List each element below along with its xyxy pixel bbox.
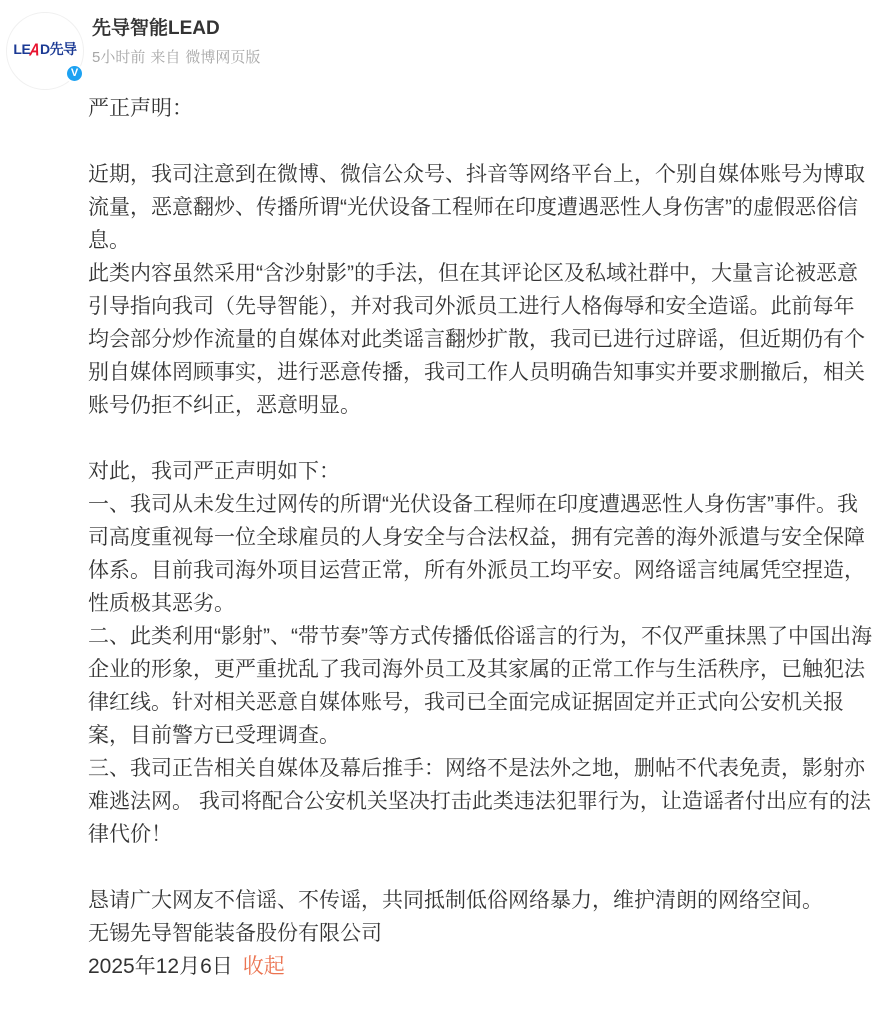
post-paragraph: 恳请广大网友不信谣、不传谣，共同抵制低俗网络暴力，维护清朗的网络空间。: [88, 884, 873, 917]
lead-logo: LEAD先导: [13, 42, 76, 56]
post-time[interactable]: 5小时前: [92, 49, 145, 66]
user-name[interactable]: 先导智能LEAD: [92, 16, 260, 42]
post-paragraph: [88, 422, 873, 455]
header-info: 先导智能LEAD 5小时前来自微博网页版: [84, 12, 260, 68]
post-paragraphs: 严正声明：近期，我司注意到在微博、微信公众号、抖音等网络平台上，个别自媒体账号为…: [88, 92, 873, 950]
post-paragraph: 一、我司从未发生过网传的所谓“光伏设备工程师在印度遭遇恶性人身伤害”事件。我司高…: [88, 488, 873, 620]
post-paragraph: [88, 851, 873, 884]
post-header: LEAD先导 V 先导智能LEAD 5小时前来自微博网页版: [0, 12, 879, 90]
post-paragraph: 对此，我司严正声明如下：: [88, 455, 873, 488]
post-paragraph: 此类内容虽然采用“含沙射影”的手法，但在其评论区及私域社群中，大量言论被恶意引导…: [88, 257, 873, 422]
post-date: 2025年12月6日: [88, 955, 233, 978]
post-paragraph: 无锡先导智能装备股份有限公司: [88, 917, 873, 950]
avatar[interactable]: LEAD先导 V: [6, 12, 84, 90]
verified-badge-icon: V: [65, 64, 84, 83]
post-paragraph: [88, 125, 873, 158]
post-source[interactable]: 微博网页版: [185, 49, 260, 66]
collapse-link[interactable]: 收起: [243, 955, 285, 978]
post-paragraph: 三、我司正告相关自媒体及幕后推手：网络不是法外之地，删帖不代表免责，影射亦难逃法…: [88, 752, 873, 851]
logo-text-cn: 先导: [50, 41, 77, 57]
post-footer-line: 2025年12月6日收起: [88, 950, 873, 983]
post-from-label: 来自: [150, 49, 180, 66]
post-content: 严正声明：近期，我司注意到在微博、微信公众号、抖音等网络平台上，个别自媒体账号为…: [88, 92, 873, 983]
post-paragraph: 近期，我司注意到在微博、微信公众号、抖音等网络平台上，个别自媒体账号为博取流量，…: [88, 158, 873, 257]
post-paragraph: 严正声明：: [88, 92, 873, 125]
weibo-post: LEAD先导 V 先导智能LEAD 5小时前来自微博网页版 严正声明：近期，我司…: [0, 0, 879, 1010]
post-meta: 5小时前来自微博网页版: [92, 48, 260, 68]
post-paragraph: 二、此类利用“影射”、“带节奏”等方式传播低俗谣言的行为，不仅严重抹黑了中国出海…: [88, 620, 873, 752]
